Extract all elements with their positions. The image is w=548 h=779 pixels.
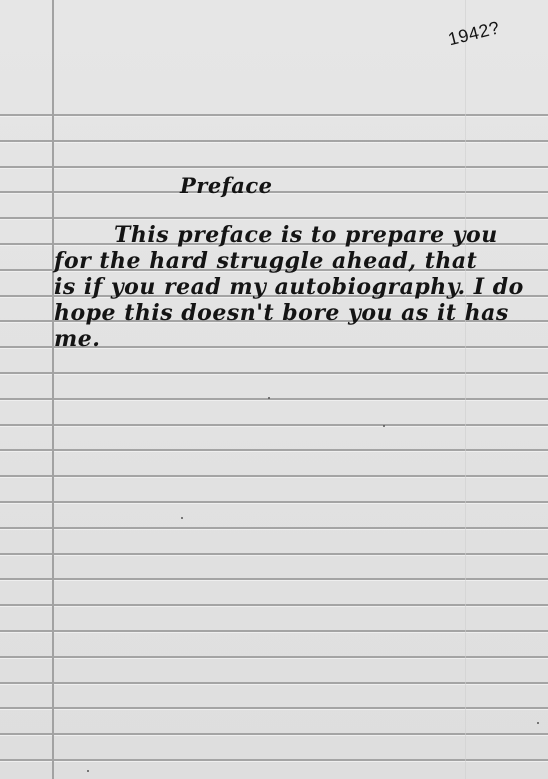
paper-speck [87, 770, 89, 772]
paper-speck [537, 722, 539, 724]
date-annotation: 1942? [446, 17, 502, 50]
body-line: hope this doesn't bore you as it has [54, 300, 509, 326]
notebook-page: 1942? Preface This preface is to prepare… [0, 0, 548, 779]
body-line: me. [54, 326, 100, 352]
paper-speck [181, 517, 183, 519]
body-line: for the hard struggle ahead, that [54, 248, 477, 274]
right-faint-line [465, 0, 466, 779]
page-title: Preface [180, 173, 273, 198]
paper-speck [268, 397, 270, 399]
left-margin-line [52, 0, 54, 779]
paper-speck [383, 425, 385, 427]
body-line: This preface is to prepare you [114, 222, 498, 248]
body-line: is if you read my autobiography. I do [54, 274, 524, 300]
